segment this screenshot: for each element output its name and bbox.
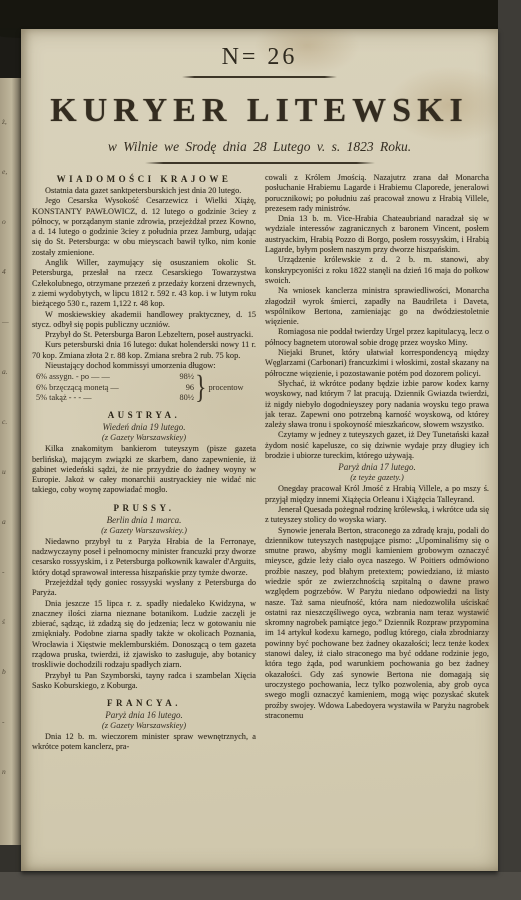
newspaper-title: KURYER LITEWSKI	[21, 92, 498, 130]
margin-text-fragment: ś	[2, 618, 5, 626]
newspaper-scan-page: { "masthead": { "issue_label": "N= 26", …	[0, 0, 521, 900]
masthead-dateline: w Wilnie we Srodę dnia 28 Lutego v. s. 1…	[21, 139, 498, 155]
margin-text-fragment: c.	[2, 418, 7, 426]
paragraph: Nieustający dochod kommissyi umorzenia d…	[32, 361, 256, 371]
rate-value: 98½	[179, 372, 194, 382]
paragraph: Kurs petersburski dnia 16 lutego: dukat …	[32, 340, 256, 361]
section-heading: AUSTRYA.	[32, 410, 256, 420]
paragraph: Niedawno przybył tu z Paryża Hrabia de l…	[32, 537, 256, 578]
source-note: (z teyże gazety.)	[265, 472, 489, 482]
dateline-place: Paryż dnia 16 lutego.	[32, 710, 256, 720]
scan-right-shadow	[498, 0, 521, 900]
paragraph-continuation: cowali z Królem Jmością. Nazajutrz zrana…	[265, 173, 489, 214]
rate-label: 6% assygn. - po — —	[36, 372, 110, 382]
paragraph: Przybył do St. Petersburga Baron Lebzelt…	[32, 330, 256, 340]
paragraph: Czytamy w jedney z tuteyszych gazet, iż …	[265, 430, 489, 461]
paragraph: Ostatnia data gazet sanktpetersburskich …	[32, 186, 256, 196]
paragraph: Przybył tu Pan Szymborski, tayny radca i…	[32, 671, 256, 692]
margin-text-fragment: o	[2, 218, 6, 226]
dateline-place: Paryż dnia 17 lutego.	[265, 462, 489, 472]
paragraph: Onegday pracował Król Jmość z Hrabią Vil…	[265, 484, 489, 505]
margin-text-fragment: —	[2, 318, 9, 326]
rate-row: 5% takąż - - - —80½	[36, 393, 194, 403]
source-note: (z Gazety Warszawskiey.)	[32, 525, 256, 535]
masthead-rule-top	[182, 76, 337, 78]
right-column: cowali z Królem Jmością. Nazajutrz zrana…	[265, 173, 489, 828]
article-columns: WIADOMOŚCI KRAJOWEOstatnia data gazet sa…	[21, 164, 498, 828]
section-heading: FRANCYA.	[32, 698, 256, 708]
margin-text-fragment: b	[2, 668, 6, 676]
paragraph: Anglik Willer, zaymujący się osuszaniem …	[32, 258, 256, 309]
section-heading: PRUSSY.	[32, 503, 256, 513]
rate-value: 80½	[179, 393, 194, 403]
margin-text-fragment: n	[2, 768, 6, 776]
adjacent-page-edge: ż,e,o4—a.c.ua-śb-n	[0, 0, 21, 900]
rate-label: 5% takąż - - - —	[36, 393, 92, 403]
margin-text-fragment: e,	[2, 168, 7, 176]
paragraph: Urządzenie królewskie z d. 2 b. m. stano…	[265, 255, 489, 286]
scan-top-shadow	[0, 0, 521, 30]
rate-rows: 6% assygn. - po — —98½6% brzęczącą monet…	[36, 372, 194, 403]
paragraph: Słychać, iż wkrótce podany będzie izbie …	[265, 379, 489, 430]
paragraph: Jego Cesarska Wysokość Cesarzewicz i Wie…	[32, 196, 256, 258]
margin-text-fragment: a.	[2, 368, 8, 376]
section-heading: WIADOMOŚCI KRAJOWE	[32, 174, 256, 184]
margin-text-fragment: -	[2, 568, 5, 576]
paragraph: Dnia 12 b. m. wieczorem minister spraw w…	[32, 732, 256, 753]
scan-bottom-shadow	[0, 872, 521, 900]
paragraph: Na wniosek kanclerza ministra sprawiedli…	[265, 286, 489, 327]
dateline-place: Wiedeń dnia 19 lutego.	[32, 422, 256, 432]
paragraph: Synowie jenerała Berton, straconego za z…	[265, 526, 489, 722]
margin-text-fragment: 4	[2, 268, 6, 276]
rate-row: 6% brzęczącą monetą —96	[36, 383, 194, 393]
paragraph: Dnia 13 b. m. Vice-Hrabia Chateaubriand …	[265, 214, 489, 255]
paragraph: W moskiewskiey akademii handlowey prakty…	[32, 310, 256, 331]
brace-glyph: }	[195, 381, 207, 395]
rate-row: 6% assygn. - po — —98½	[36, 372, 194, 382]
interest-rates-table: 6% assygn. - po — —98½6% brzęczącą monet…	[36, 372, 256, 403]
paragraph: Kilka znakomitym bankierom tuteyszym (pi…	[32, 444, 256, 495]
rate-value: 96	[186, 383, 194, 393]
paragraph: Niejaki Brunet, który ułatwiał korrespon…	[265, 348, 489, 379]
left-column: WIADOMOŚCI KRAJOWEOstatnia data gazet sa…	[32, 173, 256, 828]
paragraph: Jenerał Quesada pożegnał rodzinę królews…	[265, 505, 489, 526]
paragraph: Przejeżdżał tędy goniec rossyyski wysłan…	[32, 578, 256, 599]
newspaper-page: N= 26 KURYER LITEWSKI w Wilnie we Srodę …	[21, 29, 498, 871]
brace-label: procentow	[209, 383, 244, 393]
issue-number: N= 26	[21, 44, 498, 71]
margin-text-fragment: a	[2, 518, 6, 526]
paragraph: Dnia jeszcze 15 lipca r. z. spadły nieda…	[32, 599, 256, 671]
dateline-place: Berlin dnia 1 marca.	[32, 515, 256, 525]
paragraph: Romiagosa nie poddał twierdzy Urgel prze…	[265, 327, 489, 348]
margin-text-fragment: u	[2, 468, 6, 476]
source-note: (z Gazety Warszawskiey)	[32, 432, 256, 442]
source-note: (z Gazety Warszawskiey)	[32, 720, 256, 730]
margin-text-fragment: -	[2, 718, 5, 726]
margin-text-fragment: ż,	[2, 118, 7, 126]
rate-label: 6% brzęczącą monetą —	[36, 383, 119, 393]
masthead: N= 26 KURYER LITEWSKI w Wilnie we Srodę …	[21, 29, 498, 164]
